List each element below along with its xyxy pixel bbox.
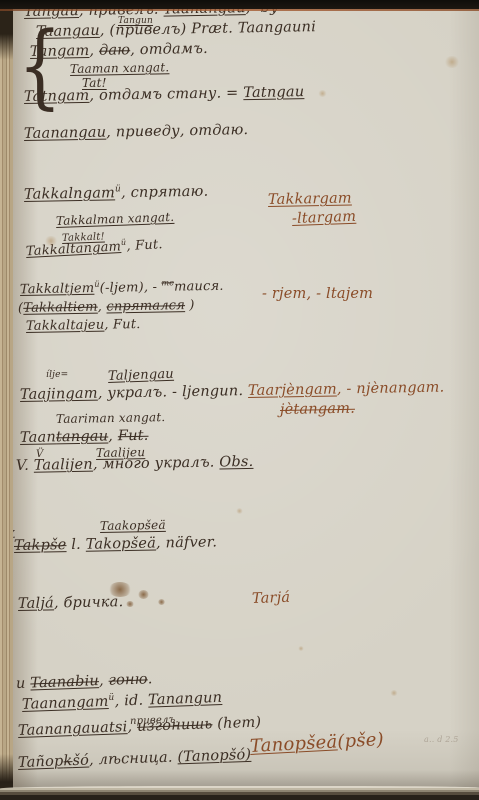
text-segment: Taljengau <box>108 367 174 384</box>
text-segment: , отдамъ стану. = <box>89 85 243 104</box>
page-stack-edge <box>0 786 479 800</box>
text-segment: Tarjá <box>252 590 291 607</box>
manuscript-line: Takkaltjemü(-ljem), - тстаися. <box>20 278 224 297</box>
text-segment: , спрятаю. <box>121 184 209 202</box>
text-segment: гоню <box>108 671 148 688</box>
text-segment: Takpše <box>14 537 67 554</box>
text-segment: . <box>147 671 152 687</box>
manuscript-line: a.. d 2.5 <box>424 736 459 745</box>
curly-brace: { <box>18 20 62 112</box>
text-segment: , много укралъ. <box>93 454 220 472</box>
text-segment: , бричка. <box>54 594 124 611</box>
text-segment: , лѣсница. <box>89 749 178 768</box>
text-segment: Tañop <box>18 753 64 771</box>
text-segment: -ltargam <box>292 209 357 227</box>
manuscript-line: (Takkaltiem, спрятался ) <box>18 299 195 316</box>
text-segment: l. <box>66 537 86 553</box>
text-segment: Taaman xangat. <box>70 60 170 76</box>
text-segment: Takkalngam <box>24 185 115 203</box>
text-segment: Obs. <box>219 454 253 471</box>
manuscript-line: Tañopkšó, лѣсница. (Tanopšó) <box>18 748 252 772</box>
manuscript-line: Taljá, бричка. <box>18 595 124 613</box>
text-segment: tangau <box>56 428 109 445</box>
text-segment: jètangam. <box>280 401 355 418</box>
text-segment: (-ljem), - <box>100 280 162 296</box>
manuscript-line: Takkalman xangat. <box>56 211 175 228</box>
text-segment: Takkaltiem <box>23 300 98 316</box>
text-segment: Taanangau <box>24 125 107 142</box>
manuscript-page: { Tañgau, привелъ. Taanangau, -byTangunT… <box>12 8 479 789</box>
manuscript-line: - rjem, - ltajem <box>262 287 373 303</box>
paper-stain <box>318 90 327 97</box>
text-segment: Takkalman xangat. <box>56 210 175 228</box>
manuscript-line: Takkargam <box>268 192 352 209</box>
manuscript-line: Taangau, (привелъ) Præt. Taangauni <box>36 20 316 41</box>
text-segment: (hem) <box>212 715 261 733</box>
manuscript-line: и Taanabiu, гоню. <box>16 672 153 693</box>
text-segment: Taanabiu <box>30 673 99 691</box>
manuscript-line: Takkaltajeu, Fut. <box>26 318 141 334</box>
text-segment: Taanangauatsi <box>18 719 128 739</box>
paper-stain <box>158 599 165 605</box>
manuscript-line: Taakopšeä <box>100 519 166 533</box>
text-segment: Taanangam <box>22 694 109 713</box>
text-segment: Takkaltajeu <box>26 318 105 334</box>
text-segment: спрятался <box>106 298 185 314</box>
text-segment: изгонишь <box>137 716 213 735</box>
manuscript-line: Taanangauatsi, изгонишь (hem) <box>18 716 262 740</box>
text-segment: Takopšeä <box>86 536 157 553</box>
manuscript-line: -ltargam <box>292 210 357 228</box>
text-segment: Taan <box>20 429 56 446</box>
text-segment: , Fut. <box>104 317 140 333</box>
text-segment: , näfver. <box>156 534 217 551</box>
manuscript-line: V. Taalijen, много укралъ. Obs. <box>16 455 254 475</box>
paper-stain <box>298 646 304 651</box>
text-segment: Taariman xangat. <box>56 410 166 426</box>
text-segment: Takkaltjem <box>20 281 95 297</box>
text-segment: (Tanopšó) <box>177 747 251 766</box>
text-segment: Taajingam <box>20 386 98 403</box>
manuscript-photo: { Tañgau, привелъ. Taanangau, -byTangunT… <box>0 0 479 800</box>
paper-stain <box>44 236 58 246</box>
manuscript-line: Taanangau, приведу, отдаю. <box>24 123 249 143</box>
manuscript-line: Taantangau, Fut. <box>20 429 149 447</box>
manuscript-line: Tanopšeä(pše) <box>249 730 384 757</box>
book-binding <box>0 0 13 800</box>
text-segment: šó <box>72 753 89 770</box>
text-segment: , приведу, отдаю. <box>106 122 248 140</box>
text-segment: , <box>89 43 99 59</box>
text-segment: Takkargam <box>268 191 352 208</box>
text-segment: Taarjèngam <box>248 381 337 399</box>
manuscript-line: Takkalngamü, спрятаю. <box>24 184 209 204</box>
paper-stain <box>444 56 460 68</box>
text-segment: Taakopšeä <box>100 518 166 533</box>
text-segment: Taljá <box>18 595 54 612</box>
manuscript-line: Taanangamü, id. Tanangun <box>22 690 223 714</box>
paper-stain <box>138 590 149 599</box>
manuscript-line: ílje= <box>46 371 68 381</box>
text-segment: и <box>16 676 31 692</box>
text-segment: , отдамъ. <box>130 41 208 58</box>
text-segment: Tatngau <box>243 84 304 101</box>
text-segment: , - njènangam. <box>337 380 445 398</box>
book-cover-top-edge <box>0 0 479 9</box>
manuscript-line: Taariman xangat. <box>56 411 166 426</box>
book-cover-edge-line <box>0 9 479 11</box>
manuscript-line: jètangam. <box>280 402 355 419</box>
text-segment: , укралъ. - ljengun. <box>98 383 244 402</box>
manuscript-line: Taljengau <box>108 368 174 385</box>
text-segment: ílje= <box>46 370 68 380</box>
manuscript-line: Taaman xangat. <box>70 61 170 76</box>
text-segment: Tanangun <box>148 690 223 709</box>
paper-stain <box>108 582 132 597</box>
text-segment: a.. d 2.5 <box>424 735 459 744</box>
manuscript-line: Takpše l. Takopšeä, näfver. <box>14 535 217 554</box>
text-segment: Taalijen <box>34 457 93 474</box>
manuscript-line: Taarjèngam, - njènangam. <box>248 381 445 400</box>
text-segment: даю <box>99 42 130 59</box>
text-segment: , <box>108 428 118 444</box>
text-segment: тс <box>161 278 174 287</box>
paper-stain <box>236 508 243 514</box>
text-segment: (pše) <box>337 729 385 752</box>
text-segment: Takkaltangam <box>26 239 122 259</box>
text-segment: V. <box>16 458 34 474</box>
text-segment: Tanopšeä <box>249 731 337 757</box>
text-segment: ) <box>185 298 195 313</box>
text-segment: , Fut. <box>126 237 163 254</box>
text-segment: , (привелъ) Præt. Taangauni <box>100 19 316 39</box>
manuscript-line: Taajingam, укралъ. - ljengun. <box>20 384 244 404</box>
paper-stain <box>126 601 134 607</box>
paper-stain <box>390 690 398 696</box>
text-segment: - rjem, - ltajem <box>262 286 373 302</box>
manuscript-line: Tatngam, отдамъ стану. = Tatngau <box>24 85 305 106</box>
text-segment: Fut. <box>118 428 149 445</box>
text-segment: , id. <box>114 692 148 709</box>
manuscript-line: Tarjá <box>252 591 291 608</box>
text-segment: , <box>99 673 109 689</box>
text-segment: таися. <box>174 279 224 295</box>
